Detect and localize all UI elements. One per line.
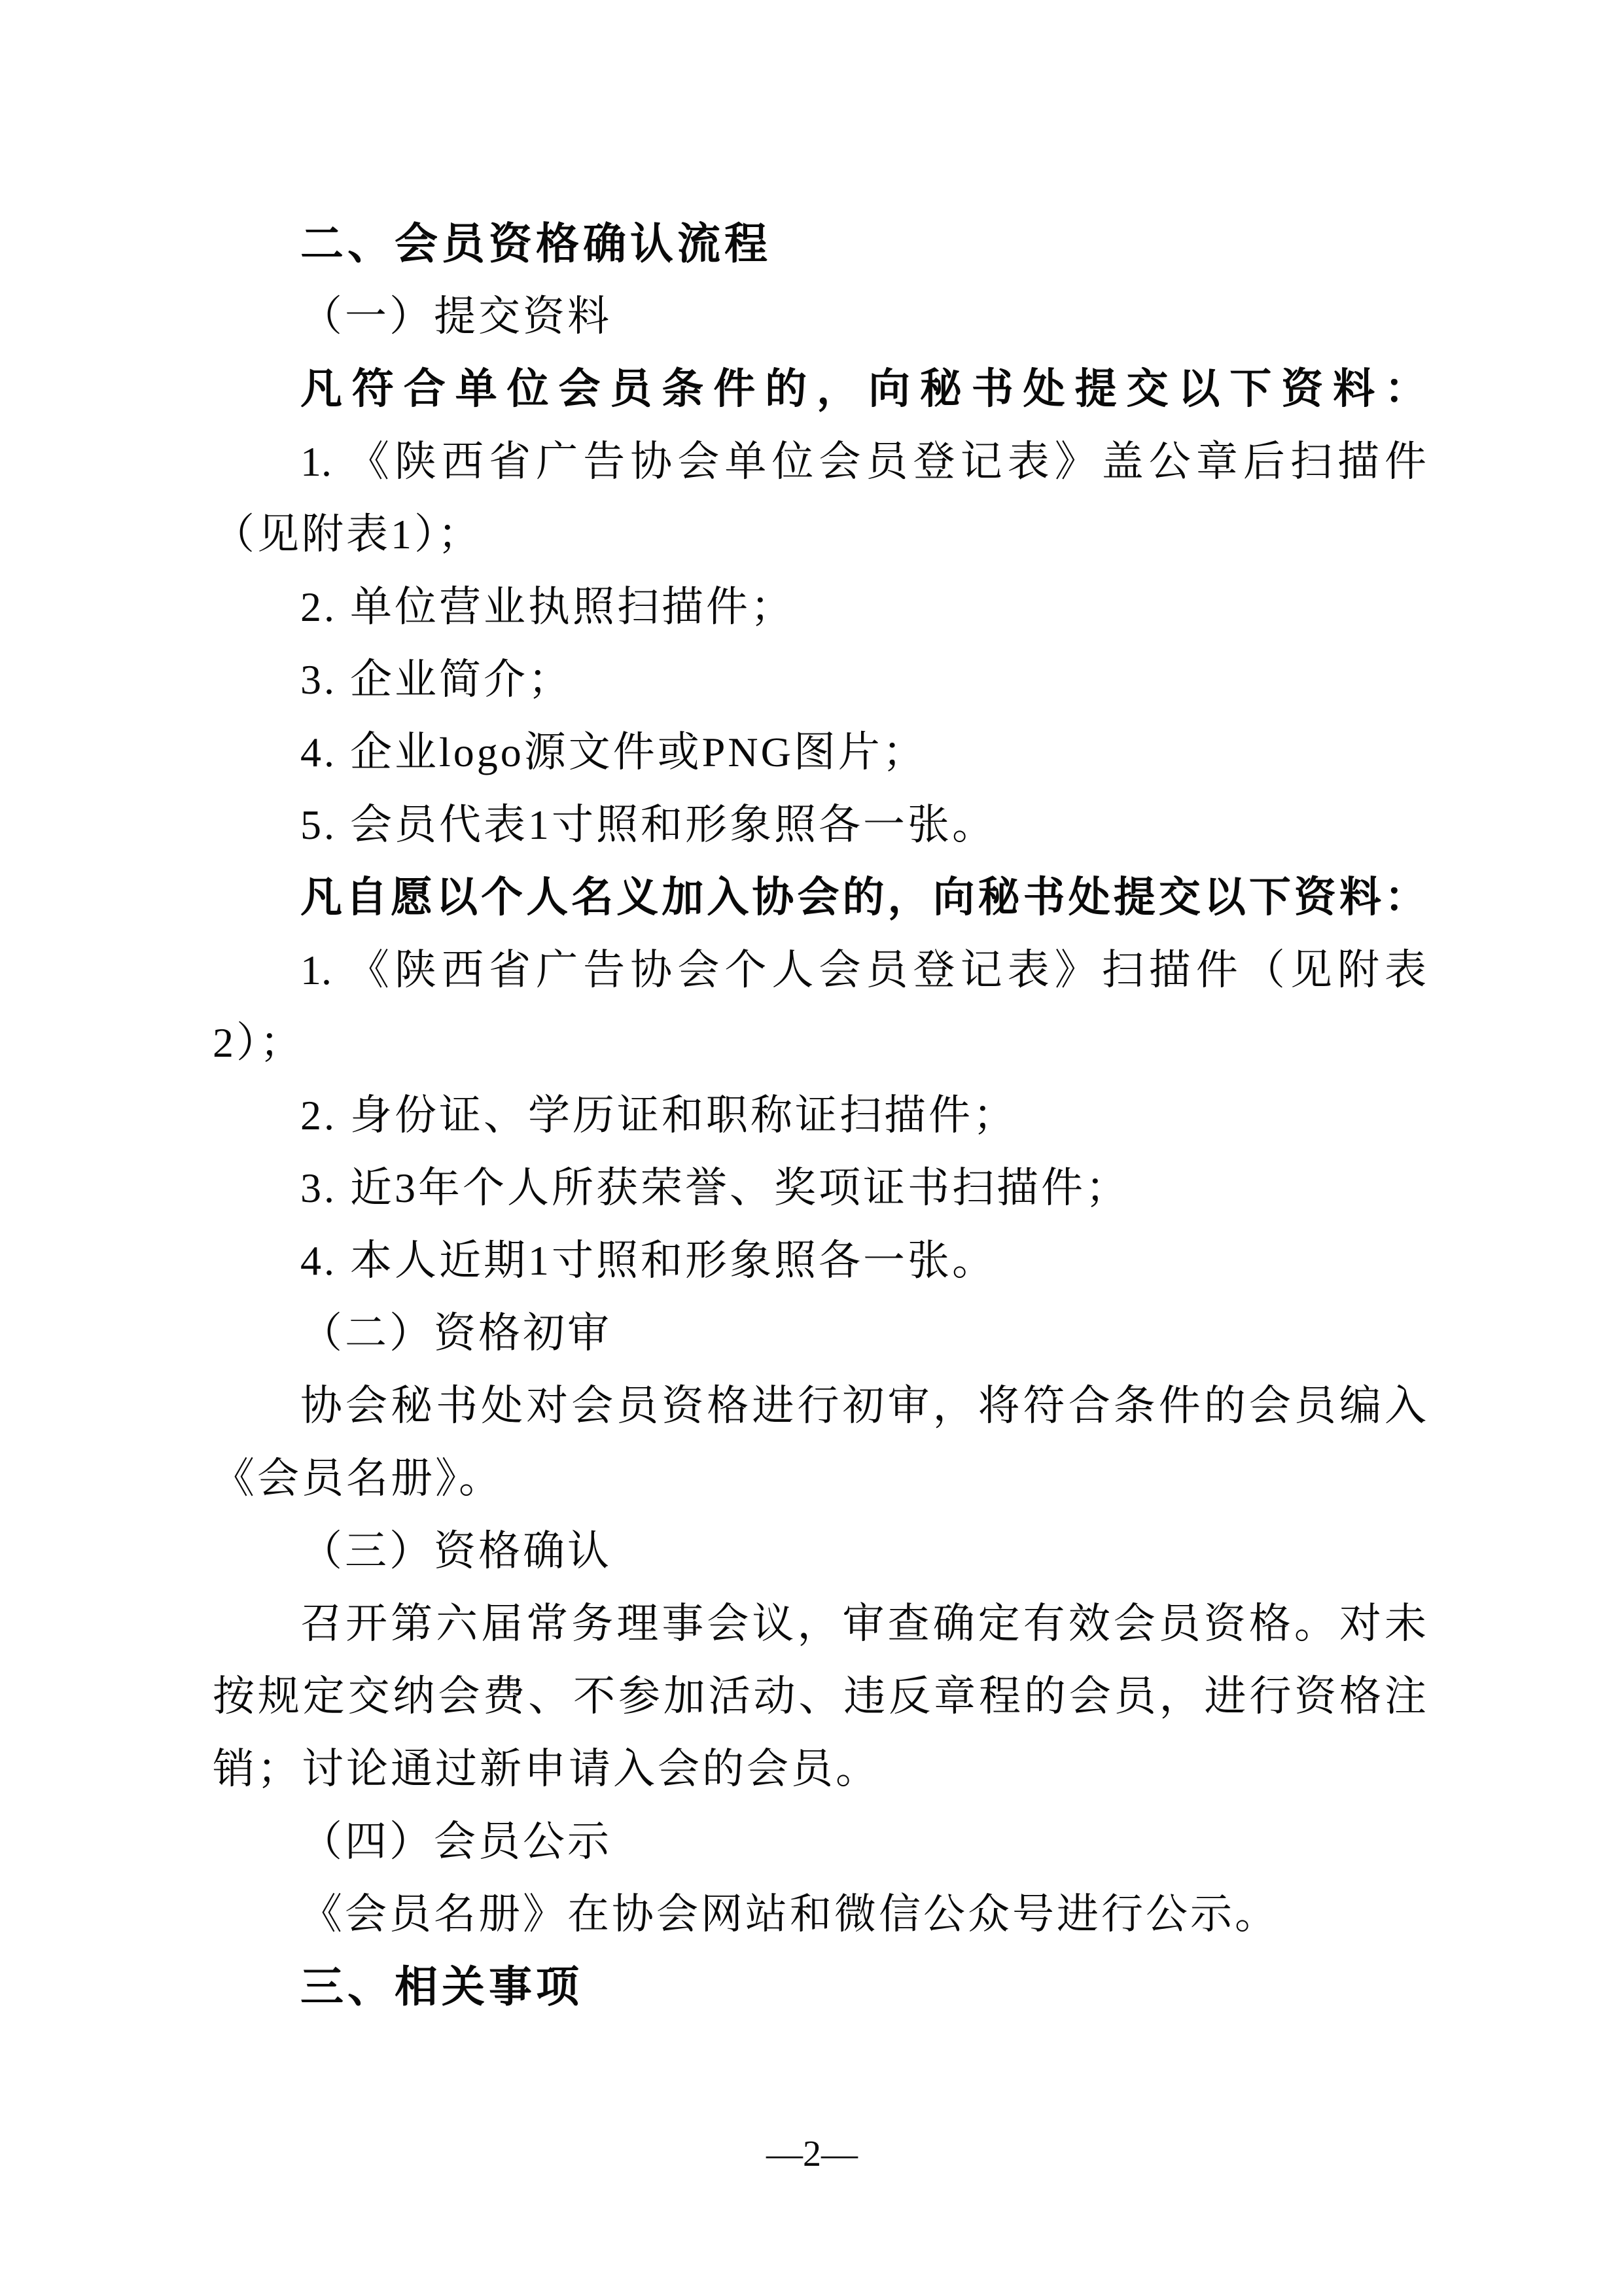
para-initial-review-continuation: 《会员名册》。 <box>213 1442 1426 1515</box>
list-item-individual-3: 3. 近3年个人所获荣誉、奖项证书扫描件； <box>213 1152 1426 1224</box>
list-item-individual-1-continuation: 2）； <box>213 1006 1426 1079</box>
subheading-member-publicity: （四）会员公示 <box>213 1805 1426 1878</box>
para-qualification-confirmation-2: 按规定交纳会费、不参加活动、违反章程的会员，进行资格注 <box>213 1660 1426 1733</box>
heading-section-three: 三、相关事项 <box>213 1951 1426 2023</box>
para-unit-member-requirements: 凡符合单位会员条件的，向秘书处提交以下资料： <box>300 353 1426 425</box>
list-item-unit-1: 1. 《陕西省广告协会单位会员登记表》盖公章后扫描件 <box>300 425 1426 498</box>
list-item-individual-2: 2. 身份证、学历证和职称证扫描件； <box>213 1079 1426 1152</box>
list-item-unit-1-continuation: （见附表1）； <box>213 498 1426 571</box>
list-item-individual-4: 4. 本人近期1寸照和形象照各一张。 <box>213 1224 1426 1297</box>
document-page: 二、会员资格确认流程 （一）提交资料 凡符合单位会员条件的，向秘书处提交以下资料… <box>0 0 1624 2296</box>
page-number: —2— <box>0 2134 1624 2174</box>
document-body: 二、会员资格确认流程 （一）提交资料 凡符合单位会员条件的，向秘书处提交以下资料… <box>213 207 1426 2023</box>
subheading-qualification-confirmation: （三）资格确认 <box>213 1515 1426 1587</box>
list-item-unit-4: 4. 企业logo源文件或PNG图片； <box>213 716 1426 788</box>
heading-section-two: 二、会员资格确认流程 <box>213 207 1426 280</box>
list-item-unit-3: 3. 企业简介； <box>213 643 1426 716</box>
list-item-unit-5: 5. 会员代表1寸照和形象照各一张。 <box>213 788 1426 861</box>
para-member-publicity: 《会员名册》在协会网站和微信公众号进行公示。 <box>213 1878 1426 1951</box>
list-item-unit-2: 2. 单位营业执照扫描件； <box>213 571 1426 643</box>
subheading-submit-materials: （一）提交资料 <box>213 280 1426 353</box>
para-qualification-confirmation-3: 销；讨论通过新申请入会的会员。 <box>213 1733 1426 1805</box>
para-individual-member-requirements: 凡自愿以个人名义加入协会的，向秘书处提交以下资料： <box>300 861 1426 934</box>
subheading-initial-review: （二）资格初审 <box>213 1297 1426 1369</box>
list-item-individual-1: 1. 《陕西省广告协会个人会员登记表》扫描件（见附表 <box>300 934 1426 1006</box>
para-initial-review: 协会秘书处对会员资格进行初审，将符合条件的会员编入 <box>300 1369 1426 1442</box>
para-qualification-confirmation-1: 召开第六届常务理事会议，审查确定有效会员资格。对未 <box>300 1587 1426 1660</box>
